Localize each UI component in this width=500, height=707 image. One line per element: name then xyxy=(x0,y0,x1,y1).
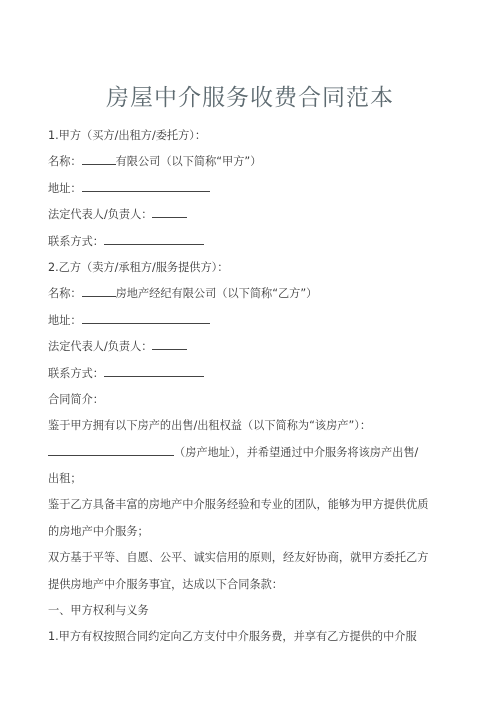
intro-para3-line2: 的房地产中介服务； xyxy=(48,522,448,548)
intro-para2-suffix: （房产地址），并希望通过中介服务将该房产出售/ xyxy=(174,446,418,459)
party-a-legal-rep-row: 法定代表人/负责人： xyxy=(48,205,448,231)
intro-para2-row: （房产地址），并希望通过中介服务将该房产出售/ xyxy=(48,443,448,469)
party-a-name-label: 名称： xyxy=(48,155,82,168)
party-b-legal-rep-row: 法定代表人/负责人： xyxy=(48,337,448,363)
party-a-contact-blank[interactable] xyxy=(104,232,204,245)
party-b-contact-blank[interactable] xyxy=(104,364,204,377)
intro-para4-line1: 双方基于平等、自愿、公平、诚实信用的原则，经友好协商，就甲方委托乙方 xyxy=(48,548,448,574)
party-b-address-label: 地址： xyxy=(48,314,82,327)
party-b-contact-row: 联系方式： xyxy=(48,364,448,390)
party-b-name-row: 名称：房地产经纪有限公司（以下简称“乙方”） xyxy=(48,284,448,310)
party-a-contact-row: 联系方式： xyxy=(48,232,448,258)
section1-item1: 1.甲方有权按照合同约定向乙方支付中介服务费，并享有乙方提供的中介服 xyxy=(48,627,448,653)
intro-para4-line2: 提供房地产中介服务事宜，达成以下合同条款： xyxy=(48,575,448,601)
party-b-name-suffix: 房地产经纪有限公司（以下简称“乙方”） xyxy=(116,287,318,300)
party-a-address-blank[interactable] xyxy=(82,179,210,192)
party-b-legal-rep-blank[interactable] xyxy=(152,337,187,350)
party-b-address-row: 地址： xyxy=(48,311,448,337)
intro-heading: 合同简介： xyxy=(48,390,448,416)
party-b-contact-label: 联系方式： xyxy=(48,367,104,380)
section1-heading: 一、甲方权利与义务 xyxy=(48,601,448,627)
party-a-name-row: 名称：有限公司（以下简称“甲方”） xyxy=(48,152,448,178)
intro-para3-line1: 鉴于乙方具备丰富的房地产中介服务经验和专业的团队，能够为甲方提供优质 xyxy=(48,495,448,521)
party-b-legal-rep-label: 法定代表人/负责人： xyxy=(48,340,152,353)
intro-para1: 鉴于甲方拥有以下房产的出售/出租权益（以下简称为“该房产”）： xyxy=(48,416,448,442)
property-address-blank[interactable] xyxy=(48,443,174,456)
party-a-address-label: 地址： xyxy=(48,182,82,195)
party-a-address-row: 地址： xyxy=(48,179,448,205)
party-a-contact-label: 联系方式： xyxy=(48,235,104,248)
party-a-heading: 1.甲方（买方/出租方/委托方）： xyxy=(48,126,448,152)
party-b-name-label: 名称： xyxy=(48,287,82,300)
party-a-name-suffix: 有限公司（以下简称“甲方”） xyxy=(116,155,262,168)
document-title: 房屋中介服务收费合同范本 xyxy=(0,82,500,114)
party-b-heading: 2.乙方（卖方/承租方/服务提供方）： xyxy=(48,258,448,284)
party-a-legal-rep-blank[interactable] xyxy=(152,205,187,218)
party-a-name-blank[interactable] xyxy=(82,152,116,165)
document-body: 1.甲方（买方/出租方/委托方）： 名称：有限公司（以下简称“甲方”） 地址： … xyxy=(48,126,448,654)
party-b-address-blank[interactable] xyxy=(82,311,210,324)
intro-para2-cont: 出租； xyxy=(48,469,448,495)
party-b-name-blank[interactable] xyxy=(82,284,116,297)
party-a-legal-rep-label: 法定代表人/负责人： xyxy=(48,208,152,221)
